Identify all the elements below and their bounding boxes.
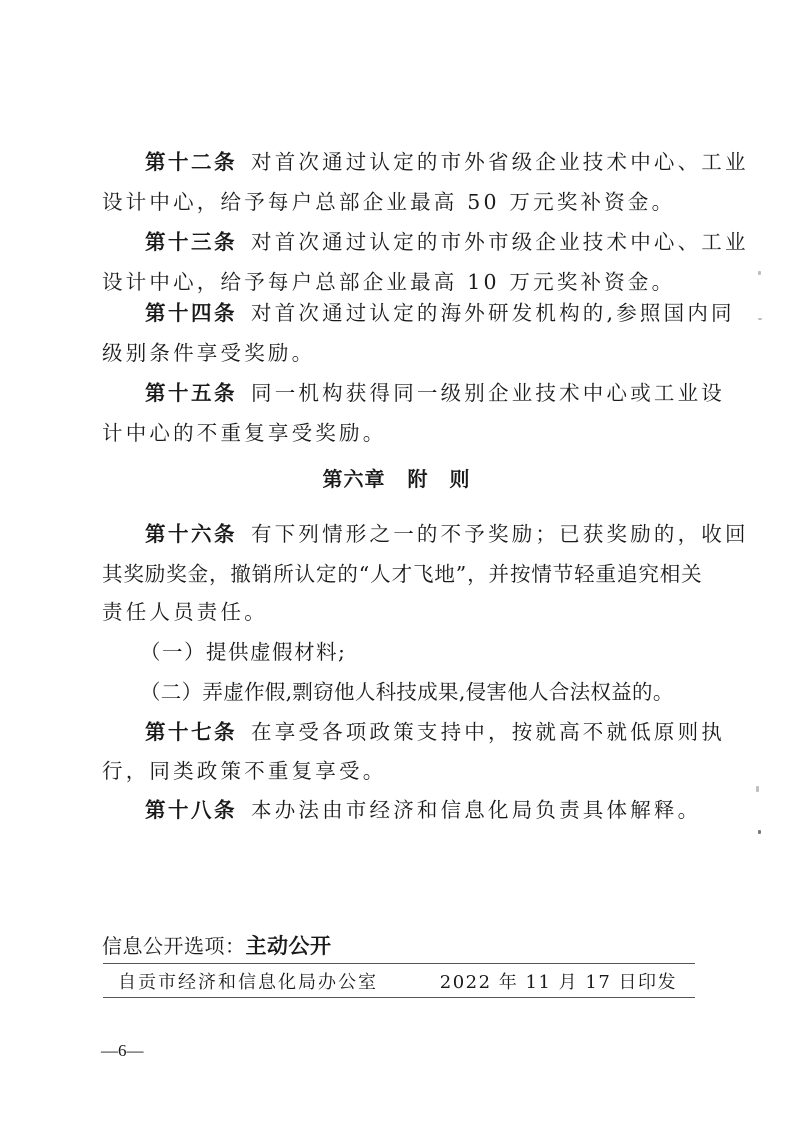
article-16-line-1: 第十六条有下列情形之一的不予奖励；已获奖励的，收回: [145, 520, 690, 548]
article-15-line-1: 第十五条同一机构获得同一级别企业技术中心或工业设: [145, 379, 690, 407]
article-label: 第十八条: [145, 798, 237, 822]
disclosure-value: 主动公开: [246, 934, 332, 958]
article-text: 对首次通过认定的海外研发机构的,参照国内同: [251, 301, 735, 325]
footer-bottom-rule: [103, 997, 695, 998]
article-text: 在享受各项政策支持中，按就高不就低原则执: [251, 720, 725, 744]
article-16-item-2: （二）弄虚作假,剽窃他人科技成果,侵害他人合法权益的。: [140, 678, 726, 706]
article-13-line-1: 第十三条对首次通过认定的市外市级企业技术中心、工业: [145, 228, 690, 256]
disclosure-option: 信息公开选项：主动公开: [102, 930, 332, 960]
issue-date: 2022 年 11 月 17 日印发: [440, 968, 677, 994]
article-12-line-1: 第十二条对首次通过认定的市外省级企业技术中心、工业: [145, 148, 690, 176]
disclosure-label: 信息公开选项：: [102, 934, 246, 958]
article-16-line-3: 责任人员责任。: [102, 598, 688, 626]
article-label: 第十六条: [145, 522, 237, 546]
chapter-number: 第六章: [323, 467, 386, 491]
article-label: 第十七条: [145, 720, 237, 744]
article-text: 本办法由市经济和信息化局负责具体解释。: [251, 798, 701, 822]
document-page: 第十二条对首次通过认定的市外省级企业技术中心、工业 设计中心，给予每户总部企业最…: [0, 0, 793, 1121]
article-18-line-1: 第十八条本办法由市经济和信息化局负责具体解释。: [145, 796, 690, 824]
article-label: 第十二条: [145, 150, 237, 174]
scan-speck: [758, 271, 761, 275]
chapter-title: 附 则: [408, 467, 471, 491]
article-text: 对首次通过认定的市外省级企业技术中心、工业: [251, 150, 749, 174]
article-14-line-1: 第十四条对首次通过认定的海外研发机构的,参照国内同: [145, 299, 690, 327]
scan-speck: [758, 830, 761, 834]
article-text: 有下列情形之一的不予奖励；已获奖励的，收回: [251, 522, 749, 546]
article-17-line-2: 行，同类政策不重复享受。: [102, 757, 688, 785]
article-12-line-2: 设计中心，给予每户总部企业最高 50 万元奖补资金。: [102, 188, 688, 216]
article-15-line-2: 计中心的不重复享受奖励。: [102, 419, 688, 447]
page-number: —6—: [101, 1041, 144, 1061]
scan-speck: [756, 786, 759, 792]
article-16-item-1: （一）提供虚假材料;: [140, 638, 726, 666]
article-13-line-2: 设计中心，给予每户总部企业最高 10 万元奖补资金。: [102, 268, 688, 296]
article-17-line-1: 第十七条在享受各项政策支持中，按就高不就低原则执: [145, 718, 690, 746]
article-label: 第十三条: [145, 230, 237, 254]
article-label: 第十四条: [145, 301, 237, 325]
article-16-line-2: 其奖励奖金，撤销所认定的“人才飞地”，并按情节轻重追究相关: [102, 560, 688, 588]
footer-top-rule: [103, 963, 695, 964]
article-label: 第十五条: [145, 381, 237, 405]
article-text: 对首次通过认定的市外市级企业技术中心、工业: [251, 230, 749, 254]
chapter-heading: 第六章附 则: [0, 463, 793, 492]
article-14-line-2: 级别条件享受奖励。: [102, 339, 688, 367]
issuer-name: 自贡市经济和信息化局办公室: [118, 968, 378, 994]
scan-speck: [758, 318, 762, 320]
article-text: 同一机构获得同一级别企业技术中心或工业设: [251, 381, 725, 405]
